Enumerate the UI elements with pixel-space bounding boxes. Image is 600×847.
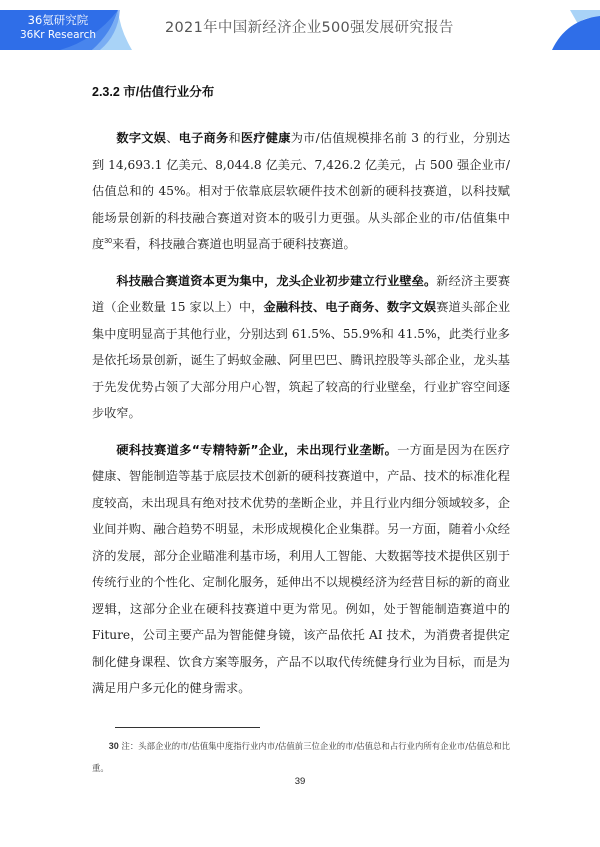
text-segment: 、 (166, 131, 178, 145)
bold-term: 电子商务 (325, 300, 374, 314)
text-segment: 和 (228, 131, 240, 145)
section-title: 2.3.2 市/估值行业分布 (92, 82, 214, 100)
footnote-text: 注：头部企业的市/估值集中度指行业内市/估值前三位企业的市/估值总和占行业内所有… (92, 741, 510, 773)
bold-heading: 硬科技赛道多“专精特新”企业，未出现行业垄断。 (116, 443, 397, 457)
text-segment: 来看，科技融合赛道也明显高于硬科技赛道。 (112, 237, 356, 251)
text-segment: 赛道头部企业集中度明显高于其他行业，分别达到 61.5%、55.9%和 41.5… (92, 300, 510, 420)
text-segment: 为市/估值规模排名前 3 的行业，分别达到 14,693.1 亿美元、8,044… (92, 131, 510, 251)
paragraph-3: 硬科技赛道多“专精特新”企业，未出现行业垄断。一方面是因为在医疗健康、智能制造等… (92, 437, 510, 702)
bold-term: 电子商务 (179, 131, 229, 145)
page-number: 39 (0, 776, 600, 787)
text-segment: 一方面是因为在医疗健康、智能制造等基于底层技术创新的硬科技赛道中，产品、技术的标… (92, 443, 510, 696)
corner-decoration-icon (544, 10, 600, 50)
bold-term: 数字文娱 (116, 131, 166, 145)
logo-cn-text: 36氪研究院 (8, 13, 108, 28)
bold-separator: 、 (375, 300, 387, 314)
footnote: 30 注：头部企业的市/估值集中度指行业内市/估值前三位企业的市/估值总和占行业… (92, 735, 510, 779)
body-content: 数字文娱、电子商务和医疗健康为市/估值规模排名前 3 的行业，分别达到 14,6… (92, 125, 510, 712)
report-title: 2021年中国新经济企业500强发展研究报告 (165, 16, 454, 37)
footnote-number: 30 (109, 741, 119, 751)
bold-term: 金融科技 (264, 300, 313, 314)
bold-term: 医疗健康 (241, 131, 291, 145)
brand-logo: 36氪研究院 36Kr Research (0, 10, 132, 50)
logo-en-text: 36Kr Research (8, 28, 108, 43)
paragraph-2: 科技融合赛道资本更为集中，龙头企业初步建立行业壁垒。新经济主要赛道（企业数量 1… (92, 268, 510, 427)
paragraph-1: 数字文娱、电子商务和医疗健康为市/估值规模排名前 3 的行业，分别达到 14,6… (92, 125, 510, 258)
page-header: 36氪研究院 36Kr Research 2021年中国新经济企业500强发展研… (0, 0, 600, 56)
bold-heading: 科技融合赛道资本更为集中，龙头企业初步建立行业壁垒。 (116, 274, 436, 288)
bold-term: 数字文娱 (387, 300, 436, 314)
footnote-divider (115, 727, 260, 728)
bold-separator: 、 (313, 300, 325, 314)
footnote-reference[interactable]: 30 (104, 238, 112, 245)
